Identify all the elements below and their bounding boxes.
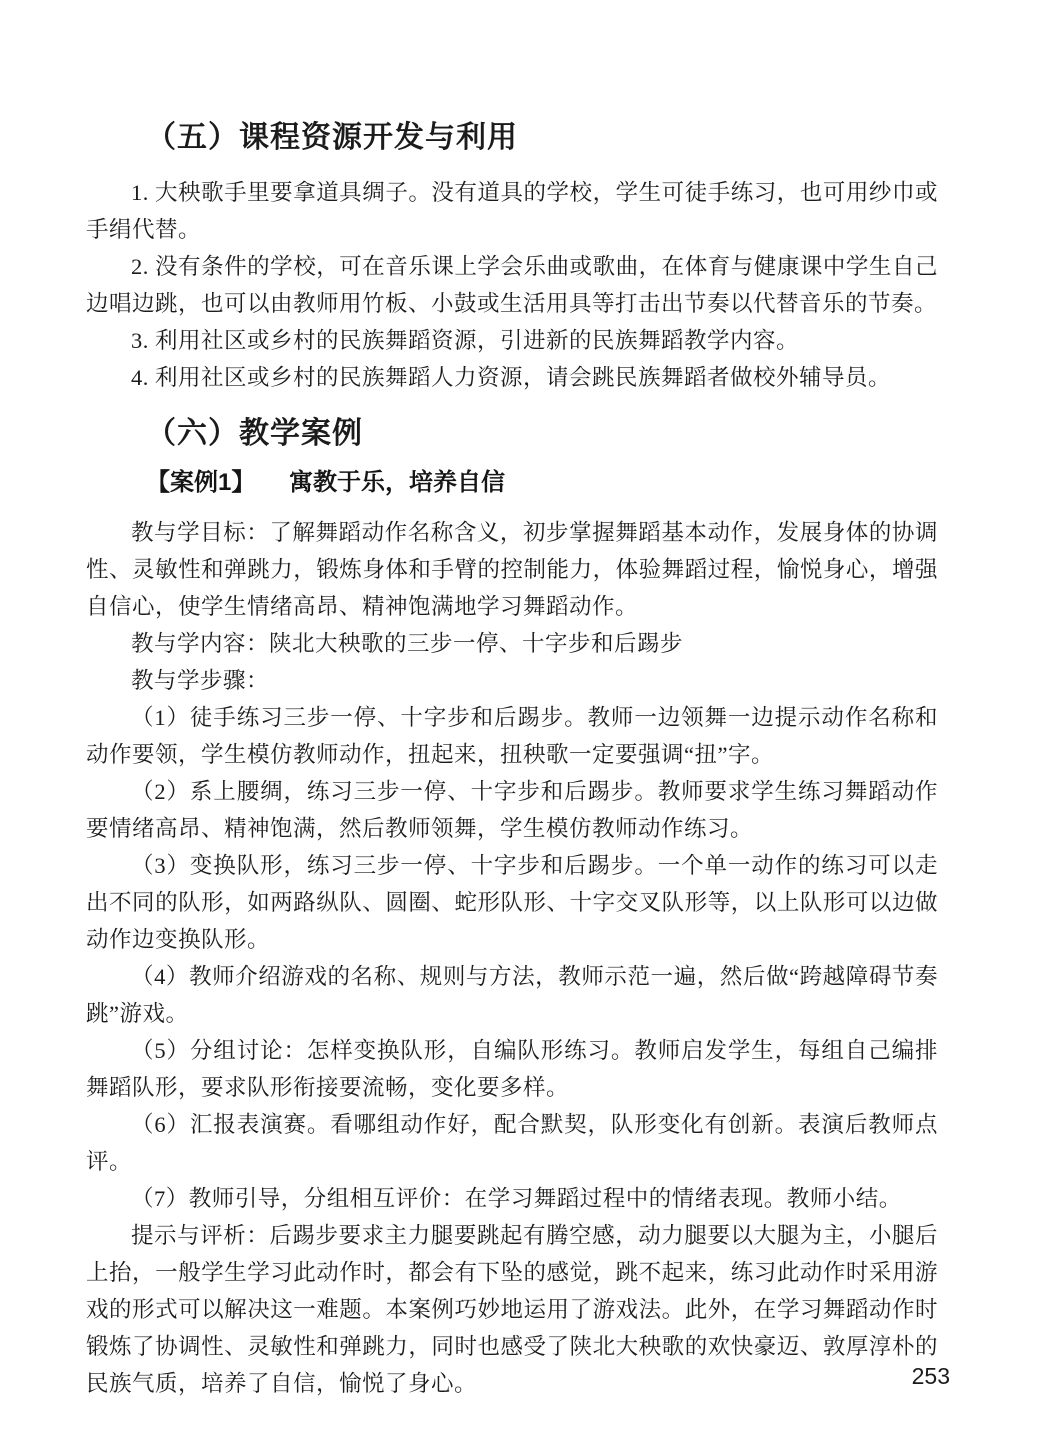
paragraph-step-1: （1）徒手练习三步一停、十字步和后踢步。教师一边领舞一边提示动作名称和动作要领，… — [86, 699, 938, 773]
paragraph-step-7: （7）教师引导，分组相互评价：在学习舞蹈过程中的情绪表现。教师小结。 — [86, 1180, 938, 1217]
page-content: （五）课程资源开发与利用 1. 大秧歌手里要拿道具绸子。没有道具的学校，学生可徒… — [0, 0, 1038, 1402]
case-title: 寓教于乐，培养自信 — [289, 469, 505, 496]
paragraph-review: 提示与评析：后踢步要求主力腿要跳起有腾空感，动力腿要以大腿为主，小腿后上抬，一般… — [86, 1217, 938, 1402]
paragraph-step-5: （5）分组讨论：怎样变换队形，自编队形练习。教师启发学生，每组自己编排舞蹈队形，… — [86, 1032, 938, 1106]
section-heading-5: （五）课程资源开发与利用 — [86, 118, 938, 158]
paragraph-resource-2: 2. 没有条件的学校，可在音乐课上学会乐曲或歌曲，在体育与健康课中学生自己边唱边… — [86, 248, 938, 322]
page-number: 253 — [912, 1363, 950, 1390]
paragraph-resource-3: 3. 利用社区或乡村的民族舞蹈资源，引进新的民族舞蹈教学内容。 — [86, 322, 938, 359]
paragraph-step-3: （3）变换队形，练习三步一停、十字步和后踢步。一个单一动作的练习可以走出不同的队… — [86, 847, 938, 958]
case-heading: 【案例1】寓教于乐，培养自信 — [86, 466, 938, 500]
paragraph-steps-label: 教与学步骤： — [86, 662, 938, 699]
paragraph-resource-1: 1. 大秧歌手里要拿道具绸子。没有道具的学校，学生可徒手练习，也可用纱巾或手绢代… — [86, 174, 938, 248]
paragraph-step-6: （6）汇报表演赛。看哪组动作好，配合默契，队形变化有创新。表演后教师点评。 — [86, 1106, 938, 1180]
case-label: 【案例1】 — [146, 469, 255, 496]
paragraph-step-2: （2）系上腰绸，练习三步一停、十字步和后踢步。教师要求学生练习舞蹈动作要情绪高昂… — [86, 773, 938, 847]
paragraph-content: 教与学内容：陕北大秧歌的三步一停、十字步和后踢步 — [86, 625, 938, 662]
document-page: （五）课程资源开发与利用 1. 大秧歌手里要拿道具绸子。没有道具的学校，学生可徒… — [0, 0, 1038, 1452]
paragraph-resource-4: 4. 利用社区或乡村的民族舞蹈人力资源，请会跳民族舞蹈者做校外辅导员。 — [86, 359, 938, 396]
section-heading-6: （六）教学案例 — [86, 414, 938, 454]
paragraph-goal: 教与学目标：了解舞蹈动作名称含义，初步掌握舞蹈基本动作，发展身体的协调性、灵敏性… — [86, 514, 938, 625]
paragraph-step-4: （4）教师介绍游戏的名称、规则与方法，教师示范一遍，然后做“跨越障碍节奏跳”游戏… — [86, 958, 938, 1032]
